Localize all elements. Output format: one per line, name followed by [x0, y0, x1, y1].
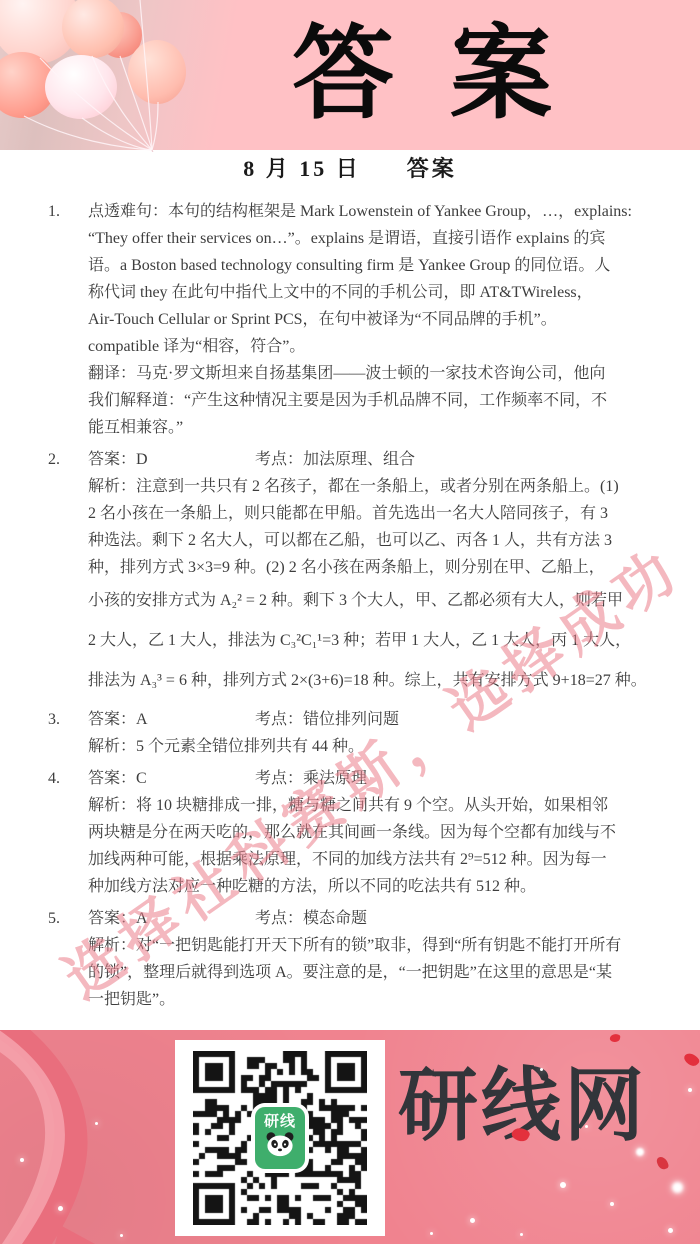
- date-label: 答案: [407, 156, 457, 181]
- sparkle-icon: [610, 1202, 614, 1206]
- list-item: 5. 答案：A 考点：模态命题 解析：对“一把钥匙能打开天下所有的锁”取非，得到…: [36, 905, 670, 1013]
- analysis-line: compatible 译为“相容，符合”。: [88, 333, 670, 360]
- answer-label: 答案：A: [88, 905, 255, 932]
- sparkle-icon: [636, 1148, 644, 1156]
- item-content: 答案：C 考点：乘法原理 解析：将 10 块糖排成一排，糖与糖之间共有 9 个空…: [88, 765, 670, 900]
- sparkle-icon: [688, 1088, 692, 1092]
- list-item: 1. 点透难句：本句的结构框架是 Mark Lowenstein of Yank…: [36, 198, 670, 441]
- item-number: 4.: [36, 765, 88, 900]
- answer-label: 答案：C: [88, 765, 255, 792]
- footer-banner: 研线 研线网: [0, 1030, 700, 1244]
- sparkle-icon: [20, 1158, 24, 1162]
- analysis-line: 加线两种可能，根据乘法原理，不同的加线方法共有 2⁹=512 种。因为每一: [88, 846, 670, 873]
- analysis-line: 解析：注意到一共只有 2 名孩子，都在一条船上，或者分别在两条船上。(1): [88, 473, 670, 500]
- answer-label: 答案：A: [88, 706, 255, 733]
- analysis-line: 能互相兼容。”: [88, 414, 670, 441]
- analysis-line: 点透难句：本句的结构框架是 Mark Lowenstein of Yankee …: [88, 198, 670, 225]
- balloon-strings-icon: [0, 0, 210, 152]
- qr-logo-label: 研线: [264, 1113, 296, 1131]
- analysis-line: 种选法。剩下 2 名大人，可以都在乙船，也可以乙、丙各 1 人，共有方法 3: [88, 527, 670, 554]
- analysis-line: 一把钥匙”。: [88, 986, 670, 1013]
- item-number: 3.: [36, 706, 88, 760]
- header-banner: 答案: [0, 0, 700, 150]
- petal-icon: [609, 1033, 620, 1043]
- item-content: 答案：A 考点：模态命题 解析：对“一把钥匙能打开天下所有的锁”取非，得到“所有…: [88, 905, 670, 1013]
- sparkle-icon: [672, 1182, 683, 1193]
- analysis-line: 解析：5 个元素全错位排列共有 44 种。: [88, 733, 670, 760]
- analysis-line: 小孩的安排方式为 A₂² = 2 种。剩下 3 个大人，甲、乙都必须有大人，则若…: [88, 581, 670, 621]
- list-item: 2. 答案：D 考点：加法原理、组合 解析：注意到一共只有 2 名孩子，都在一条…: [36, 446, 670, 701]
- answer-row: 答案：D 考点：加法原理、组合: [88, 446, 670, 473]
- item-number: 5.: [36, 905, 88, 1013]
- qr-card: 研线: [175, 1040, 385, 1236]
- analysis-line: 翻译：马克·罗文斯坦来自扬基集团——波士顿的一家技术咨询公司，他向: [88, 360, 670, 387]
- date-text: 8 月 15 日: [243, 156, 361, 181]
- analysis-line: 2 大人，乙 1 大人，排法为 C₃²C₁¹=3 种；若甲 1 大人，乙 1 大…: [88, 621, 670, 661]
- analysis-line: 的锁”，整理后就得到选项 A。要注意的是，“一把钥匙”在这里的意思是“某: [88, 959, 670, 986]
- answer-sheet-page: 答案 8 月 15 日答案 1. 点透难句：本句的结构框架是 Mark Lowe…: [0, 0, 700, 1244]
- sparkle-icon: [668, 1228, 673, 1233]
- list-item: 4. 答案：C 考点：乘法原理 解析：将 10 块糖排成一排，糖与糖之间共有 9…: [36, 765, 670, 900]
- list-item: 3. 答案：A 考点：错位排列问题 解析：5 个元素全错位排列共有 44 种。: [36, 706, 670, 760]
- topic-label: 考点：乘法原理: [255, 765, 367, 792]
- item-number: 1.: [36, 198, 88, 441]
- analysis-line: 排法为 A₃³ = 6 种，排列方式 2×(3+6)=18 种。综上，共有安排方…: [88, 661, 670, 701]
- analysis-line: “They offer their services on…”。explains…: [88, 225, 670, 252]
- item-content: 答案：D 考点：加法原理、组合 解析：注意到一共只有 2 名孩子，都在一条船上，…: [88, 446, 670, 701]
- sparkle-icon: [560, 1182, 566, 1188]
- analysis-line: 解析：对“一把钥匙能打开天下所有的锁”取非，得到“所有钥匙不能打开所有: [88, 932, 670, 959]
- sparkle-icon: [585, 1125, 588, 1128]
- petal-icon: [656, 1155, 670, 1171]
- analysis-line: 2 名小孩在一条船上，则只能都在甲船。首先选出一名大人陪同孩子，有 3: [88, 500, 670, 527]
- sparkle-icon: [540, 1068, 543, 1071]
- ribbon-icon: [0, 1030, 170, 1244]
- analysis-line: 语。a Boston based technology consulting f…: [88, 252, 670, 279]
- sparkle-icon: [95, 1122, 98, 1125]
- sparkle-icon: [58, 1206, 63, 1211]
- answer-row: 答案：C 考点：乘法原理: [88, 765, 670, 792]
- analysis-line: 解析：将 10 块糖排成一排，糖与糖之间共有 9 个空。从头开始，如果相邻: [88, 792, 670, 819]
- answer-row: 答案：A 考点：模态命题: [88, 905, 670, 932]
- panda-icon: [262, 1131, 298, 1157]
- analysis-line: Air-Touch Cellular or Sprint PCS，在句中被译为“…: [88, 306, 670, 333]
- date-line: 8 月 15 日答案: [0, 152, 700, 183]
- analysis-line: 两块糖是分在两天吃的，那么就在其间画一条线。因为每个空都有加线与不: [88, 819, 670, 846]
- petal-icon: [682, 1050, 700, 1068]
- analysis-line: 我们解释道：“产生这种情况主要是因为手机品牌不同，工作频率不同，不: [88, 387, 670, 414]
- answer-label: 答案：D: [88, 446, 255, 473]
- topic-label: 考点：模态命题: [255, 905, 367, 932]
- sparkle-icon: [430, 1232, 433, 1235]
- page-title: 答案: [292, 22, 608, 129]
- sparkle-icon: [120, 1234, 123, 1237]
- balloons-icon: [0, 0, 210, 152]
- analysis-line: 种，排列方式 3×3=9 种。(2) 2 名小孩在两条船上，则分别在甲、乙船上，: [88, 554, 670, 581]
- item-number: 2.: [36, 446, 88, 701]
- analysis-line: 称代词 they 在此句中指代上文中的不同的手机公司，即 AT&TWireles…: [88, 279, 670, 306]
- sparkle-icon: [470, 1218, 475, 1223]
- item-content: 答案：A 考点：错位排列问题 解析：5 个元素全错位排列共有 44 种。: [88, 706, 670, 760]
- sparkle-icon: [520, 1233, 523, 1236]
- topic-label: 考点：错位排列问题: [255, 706, 399, 733]
- answer-row: 答案：A 考点：错位排列问题: [88, 706, 670, 733]
- topic-label: 考点：加法原理、组合: [255, 446, 415, 473]
- answer-list: 1. 点透难句：本句的结构框架是 Mark Lowenstein of Yank…: [36, 198, 670, 1018]
- qr-logo: 研线: [255, 1107, 305, 1169]
- item-content: 点透难句：本句的结构框架是 Mark Lowenstein of Yankee …: [88, 198, 670, 441]
- analysis-line: 种加线方法对应一种吃糖的方法，所以不同的吃法共有 512 种。: [88, 873, 670, 900]
